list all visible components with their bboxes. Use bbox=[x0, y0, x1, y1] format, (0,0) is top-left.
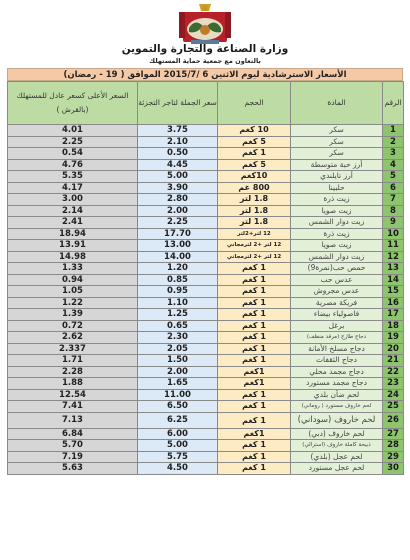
table-row: 21دجاج الثقفات1 كغم1.501.71 bbox=[8, 355, 404, 367]
retail-price: 7.19 bbox=[8, 451, 138, 463]
item-name: زيت ذرة bbox=[291, 228, 383, 240]
wholesale-price: 5.75 bbox=[138, 451, 218, 463]
row-number: 29 bbox=[383, 451, 404, 463]
item-name: زيت دوار الشمس bbox=[291, 217, 383, 229]
retail-price: 6.84 bbox=[8, 428, 138, 440]
item-size: 1 كغم bbox=[218, 463, 291, 475]
row-number: 10 bbox=[383, 228, 404, 240]
wholesale-price: 2.10 bbox=[138, 136, 218, 148]
table-row: 18برغل1 كغم0.650.72 bbox=[8, 320, 404, 332]
item-size: 1 كغم bbox=[218, 263, 291, 275]
item-size: 12 لتر +2 لترمجاني bbox=[218, 251, 291, 263]
wholesale-price: 14.00 bbox=[138, 251, 218, 263]
row-number: 23 bbox=[383, 378, 404, 390]
item-name: زيت دوار الشمس bbox=[291, 251, 383, 263]
wholesale-price: 1.25 bbox=[138, 309, 218, 321]
item-name: دجاج طازج (مرقد منظف) bbox=[291, 332, 383, 344]
item-name: فاصولياء بيضاء bbox=[291, 309, 383, 321]
item-name: دجاج مجمد محلي bbox=[291, 366, 383, 378]
table-row: 1سكر10 كغم3.754.01 bbox=[8, 125, 404, 137]
item-size: 1كغم bbox=[218, 378, 291, 390]
item-name: ذبيحة كاملة خاروف (استرالي) bbox=[291, 440, 383, 452]
column-header-retail: السعر الأعلى كسعر عادل للمستهلك (بالقرش … bbox=[8, 82, 138, 125]
table-row: 23دجاج مجمد مستورد1كغم1.651.88 bbox=[8, 378, 404, 390]
item-name: أرز تايلندي bbox=[291, 171, 383, 183]
retail-price: 2.62 bbox=[8, 332, 138, 344]
item-size: 1 كغم bbox=[218, 297, 291, 309]
wholesale-price: 2.00 bbox=[138, 205, 218, 217]
retail-price: 7.41 bbox=[8, 401, 138, 413]
wholesale-price: 13.00 bbox=[138, 240, 218, 252]
item-name: أرز حبة متوسطة bbox=[291, 159, 383, 171]
item-name: زيت صويا bbox=[291, 205, 383, 217]
item-name: سكر bbox=[291, 136, 383, 148]
row-number: 8 bbox=[383, 205, 404, 217]
retail-price: 1.88 bbox=[8, 378, 138, 390]
retail-price: 0.94 bbox=[8, 274, 138, 286]
wholesale-price: 2.80 bbox=[138, 194, 218, 206]
retail-price: 4.01 bbox=[8, 125, 138, 137]
retail-price: 2.28 bbox=[8, 366, 138, 378]
item-size: 1 كغم bbox=[218, 355, 291, 367]
wholesale-price: 5.00 bbox=[138, 440, 218, 452]
item-size: 5 كغم bbox=[218, 159, 291, 171]
item-name: سكر bbox=[291, 125, 383, 137]
wholesale-price: 0.95 bbox=[138, 286, 218, 298]
item-size: 1 كغم bbox=[218, 389, 291, 401]
coat-of-arms-emblem bbox=[165, 2, 245, 48]
table-row: 9زيت دوار الشمس1.8 لتر2.252.41 bbox=[8, 217, 404, 229]
row-number: 6 bbox=[383, 182, 404, 194]
table-row: 8زيت صويا1.8 لتر2.002.14 bbox=[8, 205, 404, 217]
item-name: لحم عجل (بلدي) bbox=[291, 451, 383, 463]
retail-price: 1.33 bbox=[8, 263, 138, 275]
table-row: 2سكر5 كغم2.102.25 bbox=[8, 136, 404, 148]
table-row: 7زيت ذرة1.8 لتر2.803.00 bbox=[8, 194, 404, 206]
item-name: حلبينا bbox=[291, 182, 383, 194]
table-row: 27لحم خاروف (دبي)1كغم6.006.84 bbox=[8, 428, 404, 440]
table-row: 15عدس مجروش1 كغم0.951.05 bbox=[8, 286, 404, 298]
column-header-size: الحجم bbox=[218, 82, 291, 125]
item-name: عدس حب bbox=[291, 274, 383, 286]
row-number: 20 bbox=[383, 343, 404, 355]
item-name: لحم خاروف (سوداني) bbox=[291, 412, 383, 428]
table-row: 25لحم خاروف مستورد ( روماني)1 كغم6.507.4… bbox=[8, 401, 404, 413]
item-name: دجاج الثقفات bbox=[291, 355, 383, 367]
item-size: 12 لتر +2 لترمجاني bbox=[218, 240, 291, 252]
item-size: 1 كغم bbox=[218, 412, 291, 428]
column-header-wholesale: سعر الجملة لتاجر التجزئة bbox=[138, 82, 218, 125]
item-size: 10 كغم bbox=[218, 125, 291, 137]
retail-price: 1.71 bbox=[8, 355, 138, 367]
item-name: حمص حب(نمرة9) bbox=[291, 263, 383, 275]
wholesale-price: 3.90 bbox=[138, 182, 218, 194]
item-size: 1 كغم bbox=[218, 320, 291, 332]
table-row: 20دجاج مسلخ الأمانة1 كغم2.052.337 bbox=[8, 343, 404, 355]
retail-price: 4.76 bbox=[8, 159, 138, 171]
retail-price: 5.70 bbox=[8, 440, 138, 452]
item-size: 1 كغم bbox=[218, 401, 291, 413]
wholesale-price: 1.10 bbox=[138, 297, 218, 309]
item-name: لحم خاروف مستورد ( روماني) bbox=[291, 401, 383, 413]
row-number: 3 bbox=[383, 148, 404, 160]
item-name: لحم خاروف (دبي) bbox=[291, 428, 383, 440]
subtitle: بالتعاون مع جمعية حماية المستهلك bbox=[0, 57, 410, 65]
item-size: 1 كغم bbox=[218, 148, 291, 160]
table-row: 3سكر1 كغم0.500.54 bbox=[8, 148, 404, 160]
row-number: 5 bbox=[383, 171, 404, 183]
table-row: 4أرز حبة متوسطة5 كغم4.454.76 bbox=[8, 159, 404, 171]
wholesale-price: 2.30 bbox=[138, 332, 218, 344]
row-number: 19 bbox=[383, 332, 404, 344]
row-number: 28 bbox=[383, 440, 404, 452]
table-row: 10زيت ذرة12 لتر+2لتر17.7018.94 bbox=[8, 228, 404, 240]
wholesale-price: 4.50 bbox=[138, 463, 218, 475]
row-number: 7 bbox=[383, 194, 404, 206]
retail-price: 4.17 bbox=[8, 182, 138, 194]
price-table: الرقم المادة الحجم سعر الجملة لتاجر التج… bbox=[7, 81, 404, 475]
wholesale-price: 5.00 bbox=[138, 171, 218, 183]
column-header-number: الرقم bbox=[383, 82, 404, 125]
table-row: 29لحم عجل (بلدي)1 كغم5.757.19 bbox=[8, 451, 404, 463]
row-number: 15 bbox=[383, 286, 404, 298]
table-header-row: الرقم المادة الحجم سعر الجملة لتاجر التج… bbox=[8, 82, 404, 125]
item-size: 5 كغم bbox=[218, 136, 291, 148]
item-size: 1 كغم bbox=[218, 309, 291, 321]
retail-price: 2.337 bbox=[8, 343, 138, 355]
table-row: 30لحم عجل مستورد1 كغم4.505.63 bbox=[8, 463, 404, 475]
wholesale-price: 17.70 bbox=[138, 228, 218, 240]
table-row: 11زيت صويا12 لتر +2 لترمجاني13.0013.91 bbox=[8, 240, 404, 252]
item-size: 1.8 لتر bbox=[218, 194, 291, 206]
row-number: 14 bbox=[383, 274, 404, 286]
row-number: 11 bbox=[383, 240, 404, 252]
wholesale-price: 2.05 bbox=[138, 343, 218, 355]
row-number: 24 bbox=[383, 389, 404, 401]
wholesale-price: 6.00 bbox=[138, 428, 218, 440]
row-number: 27 bbox=[383, 428, 404, 440]
item-size: 1كغم bbox=[218, 366, 291, 378]
retail-price: 7.13 bbox=[8, 412, 138, 428]
item-name: دجاج مجمد مستورد bbox=[291, 378, 383, 390]
wholesale-price: 2.00 bbox=[138, 366, 218, 378]
table-row: 22دجاج مجمد محلي1كغم2.002.28 bbox=[8, 366, 404, 378]
table-row: 17فاصولياء بيضاء1 كغم1.251.39 bbox=[8, 309, 404, 321]
wholesale-price: 1.50 bbox=[138, 355, 218, 367]
retail-price: 0.72 bbox=[8, 320, 138, 332]
row-number: 16 bbox=[383, 297, 404, 309]
retail-price: 5.63 bbox=[8, 463, 138, 475]
item-name: زيت ذرة bbox=[291, 194, 383, 206]
row-number: 4 bbox=[383, 159, 404, 171]
item-size: 800 غم bbox=[218, 182, 291, 194]
table-row: 5أرز تايلندي10كغم5.005.35 bbox=[8, 171, 404, 183]
row-number: 26 bbox=[383, 412, 404, 428]
item-size: 1 كغم bbox=[218, 286, 291, 298]
retail-price: 5.35 bbox=[8, 171, 138, 183]
wholesale-price: 6.50 bbox=[138, 401, 218, 413]
retail-price: 14.98 bbox=[8, 251, 138, 263]
wholesale-price: 2.25 bbox=[138, 217, 218, 229]
item-name: لحم عجل مستورد bbox=[291, 463, 383, 475]
item-size: 1 كغم bbox=[218, 274, 291, 286]
table-row: 19دجاج طازج (مرقد منظف)1 كغم2.302.62 bbox=[8, 332, 404, 344]
row-number: 21 bbox=[383, 355, 404, 367]
table-row: 6حلبينا800 غم3.904.17 bbox=[8, 182, 404, 194]
table-row: 13حمص حب(نمرة9)1 كغم1.201.33 bbox=[8, 263, 404, 275]
item-name: فريكة مصرية bbox=[291, 297, 383, 309]
item-name: سكر bbox=[291, 148, 383, 160]
table-row: 16فريكة مصرية1 كغم1.101.22 bbox=[8, 297, 404, 309]
retail-price: 12.54 bbox=[8, 389, 138, 401]
item-name: لحم ضأن بلدي bbox=[291, 389, 383, 401]
row-number: 1 bbox=[383, 125, 404, 137]
ministry-title: وزارة الصناعة والتجارة والتموين bbox=[0, 43, 410, 55]
item-size: 1 كغم bbox=[218, 440, 291, 452]
table-row: 12زيت دوار الشمس12 لتر +2 لترمجاني14.001… bbox=[8, 251, 404, 263]
item-size: 12 لتر+2لتر bbox=[218, 228, 291, 240]
row-number: 25 bbox=[383, 401, 404, 413]
table-row: 26لحم خاروف (سوداني)1 كغم6.257.13 bbox=[8, 412, 404, 428]
wholesale-price: 0.85 bbox=[138, 274, 218, 286]
retail-price: 2.14 bbox=[8, 205, 138, 217]
wholesale-price: 1.65 bbox=[138, 378, 218, 390]
item-name: زيت صويا bbox=[291, 240, 383, 252]
wholesale-price: 0.65 bbox=[138, 320, 218, 332]
table-row: 28ذبيحة كاملة خاروف (استرالي)1 كغم5.005.… bbox=[8, 440, 404, 452]
column-header-item: المادة bbox=[291, 82, 383, 125]
wholesale-price: 0.50 bbox=[138, 148, 218, 160]
item-size: 10كغم bbox=[218, 171, 291, 183]
retail-price: 2.25 bbox=[8, 136, 138, 148]
retail-price: 18.94 bbox=[8, 228, 138, 240]
row-number: 12 bbox=[383, 251, 404, 263]
retail-price: 1.22 bbox=[8, 297, 138, 309]
retail-price: 1.39 bbox=[8, 309, 138, 321]
item-size: 1.8 لتر bbox=[218, 217, 291, 229]
wholesale-price: 11.00 bbox=[138, 389, 218, 401]
item-size: 1كغم bbox=[218, 428, 291, 440]
row-number: 13 bbox=[383, 263, 404, 275]
title-band: الأسعار الاسترشادية ليوم الاثنين 6 /2015… bbox=[7, 68, 403, 81]
item-name: دجاج مسلخ الأمانة bbox=[291, 343, 383, 355]
row-number: 30 bbox=[383, 463, 404, 475]
item-name: برغل bbox=[291, 320, 383, 332]
retail-price: 0.54 bbox=[8, 148, 138, 160]
wholesale-price: 4.45 bbox=[138, 159, 218, 171]
table-row: 24لحم ضأن بلدي1 كغم11.0012.54 bbox=[8, 389, 404, 401]
item-name: عدس مجروش bbox=[291, 286, 383, 298]
wholesale-price: 1.20 bbox=[138, 263, 218, 275]
row-number: 9 bbox=[383, 217, 404, 229]
row-number: 22 bbox=[383, 366, 404, 378]
table-row: 14عدس حب1 كغم0.850.94 bbox=[8, 274, 404, 286]
wholesale-price: 3.75 bbox=[138, 125, 218, 137]
row-number: 18 bbox=[383, 320, 404, 332]
item-size: 1.8 لتر bbox=[218, 205, 291, 217]
row-number: 17 bbox=[383, 309, 404, 321]
row-number: 2 bbox=[383, 136, 404, 148]
retail-price: 13.91 bbox=[8, 240, 138, 252]
item-size: 1 كغم bbox=[218, 451, 291, 463]
wholesale-price: 6.25 bbox=[138, 412, 218, 428]
item-size: 1 كغم bbox=[218, 332, 291, 344]
retail-price: 3.00 bbox=[8, 194, 138, 206]
retail-price: 1.05 bbox=[8, 286, 138, 298]
retail-price: 2.41 bbox=[8, 217, 138, 229]
item-size: 1 كغم bbox=[218, 343, 291, 355]
